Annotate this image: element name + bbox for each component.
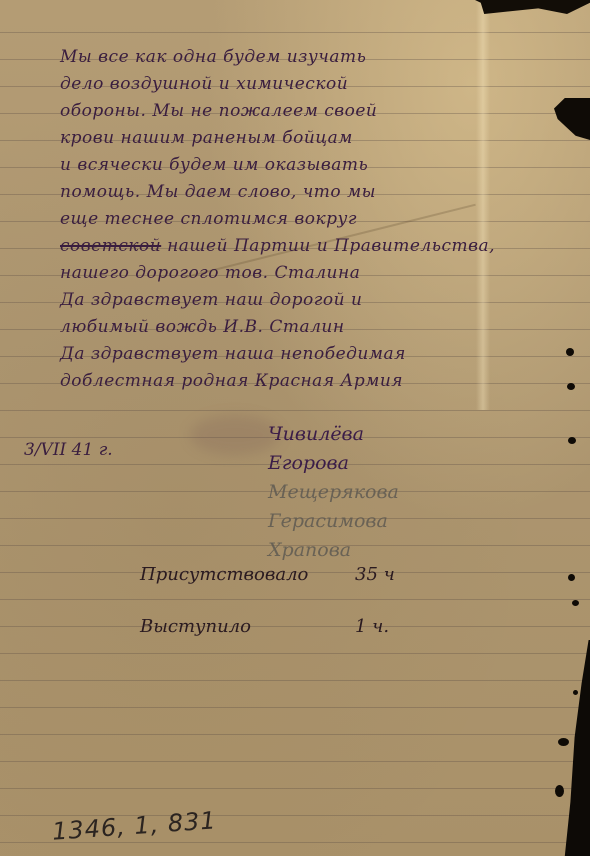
text-line: Да здравствует наш дорогой и	[60, 287, 580, 314]
stat-spoke: Выступило 1 ч.	[140, 612, 415, 664]
stat-label: Присутствовало	[140, 560, 355, 612]
binding-hole	[568, 574, 575, 581]
text-line: дело воздушной и химической	[60, 71, 580, 98]
text-line: помощь. Мы даем слово, что мы	[60, 179, 580, 206]
binding-hole	[555, 785, 564, 797]
letter-body: Мы все как одна будем изучать дело возду…	[60, 44, 580, 395]
text-line: любимый вождь И.В. Сталин	[60, 314, 580, 341]
text-line: обороны. Мы не пожалеем своей	[60, 98, 580, 125]
damaged-edge	[562, 640, 590, 856]
binding-hole	[568, 437, 576, 444]
text-line: советской нашей Партии и Правительства,	[60, 233, 580, 260]
signature: Егорова	[268, 449, 399, 478]
text-line: Мы все как одна будем изучать	[60, 44, 580, 71]
archive-reference: 1346, 1, 831	[51, 806, 217, 845]
stat-value: 35 ч	[355, 560, 415, 612]
binding-hole	[573, 690, 578, 695]
text-line: еще теснее сплотимся вокруг	[60, 206, 580, 233]
text-line: Да здравствует наша непобедимая	[60, 341, 580, 368]
binding-hole	[558, 738, 569, 746]
binding-hole	[572, 600, 579, 606]
signature: Чивилёва	[268, 420, 399, 449]
text-line: доблестная родная Красная Армия	[60, 368, 580, 395]
signature-block: Чивилёва Егорова Мещерякова Герасимова Х…	[268, 420, 399, 565]
struck-word: советской	[60, 236, 161, 256]
signature: Герасимова	[268, 507, 399, 536]
text-line: нашего дорогого тов. Сталина	[60, 260, 580, 287]
stat-label: Выступило	[140, 612, 355, 664]
document-date: 3/VII 41 г.	[24, 440, 113, 460]
stat-value: 1 ч.	[355, 612, 415, 664]
text-fragment: нашей Партии и Правительства,	[161, 236, 495, 256]
attendance-stats: Присутствовало 35 ч Выступило 1 ч.	[140, 560, 415, 664]
document-page: Мы все как одна будем изучать дело возду…	[0, 0, 590, 856]
ink-smudge	[190, 415, 280, 455]
signature: Мещерякова	[268, 478, 399, 507]
torn-corner	[475, 0, 590, 14]
text-line: и всячески будем им оказывать	[60, 152, 580, 179]
text-line: крови нашим раненым бойцам	[60, 125, 580, 152]
stat-present: Присутствовало 35 ч	[140, 560, 415, 612]
